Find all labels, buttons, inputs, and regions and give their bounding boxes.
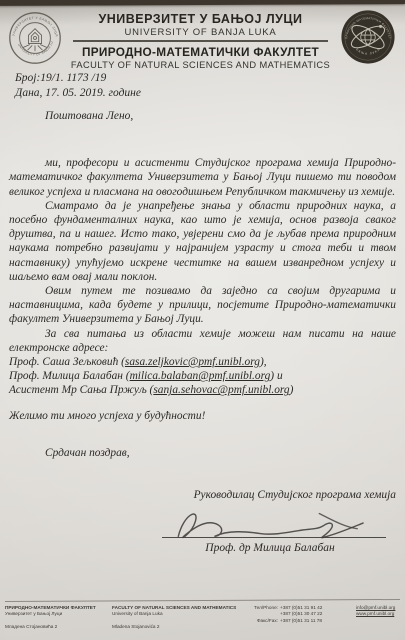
closing-line: Срдачан поздрав, <box>9 446 396 460</box>
contact-name: Проф. Саша Зељковић ( <box>9 356 125 368</box>
faculty-name-cyrillic: ПРИРОДНО-МАТЕМАТИЧКИ ФАКУЛТЕТ <box>63 45 338 59</box>
email-address: sanja.sehovac@pmf.unibl.org <box>153 384 289 396</box>
date-line: Дана, 17. 05. 2019. године <box>15 86 141 101</box>
footer-phones: Тел/Phone:+387 (0)51 31 91 42 +387 (0)51… <box>245 605 349 630</box>
footer-university-en: University of Banja Luka <box>112 611 238 617</box>
signature-title: Руководилац Студијског програма хемија <box>144 488 396 502</box>
footer-university-sr: Универзитет у Бањој Луци <box>5 611 105 617</box>
letter-meta: Број:19/1. 1173 /19 Дана, 17. 05. 2019. … <box>15 71 141 100</box>
signature-rule <box>162 537 386 538</box>
letterhead-titles: УНИВЕРЗИТЕТ У БАЊОЈ ЛУЦИ UNIVERSITY OF B… <box>63 8 338 70</box>
seal-center-emblem <box>23 29 46 51</box>
letterhead-divider <box>73 40 328 42</box>
footer-columns: ПРИРОДНО-МАТЕМАТИЧКИ ФАКУЛТЕТ Универзите… <box>5 605 400 630</box>
contact-line-1: Проф. Саша Зељковић (sasa.zeljkovic@pmf.… <box>9 355 396 369</box>
paragraph-4: За сва питања из области хемије можеш на… <box>9 327 396 355</box>
scan-top-edge <box>0 0 405 6</box>
university-seal-icon: УНИВЕРЗИТЕТ У БАЊОЈ ЛУЦИ UNIVERSITY OF B… <box>7 10 63 66</box>
email-address: milica.balaban@pmf.unibl.org <box>130 370 271 382</box>
faculty-name-english: FACULTY OF NATURAL SCIENCES AND MATHEMAT… <box>63 60 338 70</box>
contact-suffix: ), <box>260 356 267 368</box>
contact-line-2: Проф. Милица Балабан (milica.balaban@pmf… <box>9 369 396 383</box>
fax-number: +387 (0)51 31 11 78 <box>280 618 322 624</box>
contact-line-3: Асистент Мр Сања Пржуљ (sanja.sehovac@pm… <box>9 383 396 397</box>
wish-line: Желимо ти много успјеха у будућности! <box>9 409 396 423</box>
email-address: sasa.zeljkovic@pmf.unibl.org <box>125 356 260 368</box>
letter-body: Поштована Лено, ми, професори и асистент… <box>9 109 396 555</box>
contact-name: Проф. Милица Балабан ( <box>9 370 130 382</box>
signature-block: Руководилац Студијског програма хемија П… <box>144 488 396 555</box>
paragraph-2: Сматрамо да је унапређење знања у област… <box>9 199 396 284</box>
page-footer: ПРИРОДНО-МАТЕМАТИЧКИ ФАКУЛТЕТ Универзите… <box>0 600 405 640</box>
salutation: Поштована Лено, <box>9 109 396 123</box>
footer-website: www.pmf.unibl.org <box>356 611 400 617</box>
faculty-emblem-icon: ПРИРОДНО-МАТЕМАТИЧКИ ФАКУЛТЕТ БАЊА ЛУКА <box>338 8 398 66</box>
contact-list: Проф. Саша Зељковић (sasa.zeljkovic@pmf.… <box>9 355 396 398</box>
contact-suffix: ) и <box>270 370 282 382</box>
scanned-letter-page: { "colors": { "paper": "#e4e2dd", "ink":… <box>0 0 405 640</box>
university-name-english: UNIVERSITY OF BANJA LUKA <box>63 27 338 38</box>
footer-web: info@pmf.unibl.org www.pmf.unibl.org <box>356 605 400 630</box>
footer-faculty-english: FACULTY OF NATURAL SCIENCES AND MATHEMAT… <box>112 605 238 630</box>
footer-address-sr: Младена Стојановића 2 <box>5 624 105 630</box>
contact-suffix: ) <box>290 384 294 396</box>
signature-area <box>162 504 386 538</box>
fax-label: Факс/Fax: <box>245 618 278 624</box>
paragraph-1: ми, професори и асистенти Студијског про… <box>9 156 396 199</box>
footer-address-en: Mladena Stojanovića 2 <box>112 624 238 630</box>
letterhead: УНИВЕРЗИТЕТ У БАЊОЈ ЛУЦИ UNIVERSITY OF B… <box>0 8 405 70</box>
contact-name: Асистент Мр Сања Пржуљ ( <box>9 384 153 396</box>
reference-number: Број:19/1. 1173 /19 <box>15 71 141 86</box>
footer-faculty-cyrillic: ПРИРОДНО-МАТЕМАТИЧКИ ФАКУЛТЕТ Универзите… <box>5 605 105 630</box>
university-name-cyrillic: УНИВЕРЗИТЕТ У БАЊОЈ ЛУЦИ <box>63 12 338 26</box>
paragraph-3: Овим путем те позивамо да заједно са сво… <box>9 284 396 327</box>
fax-row: Факс/Fax:+387 (0)51 31 11 78 <box>245 618 349 624</box>
handwritten-signature <box>162 504 386 544</box>
footer-divider <box>5 599 400 602</box>
